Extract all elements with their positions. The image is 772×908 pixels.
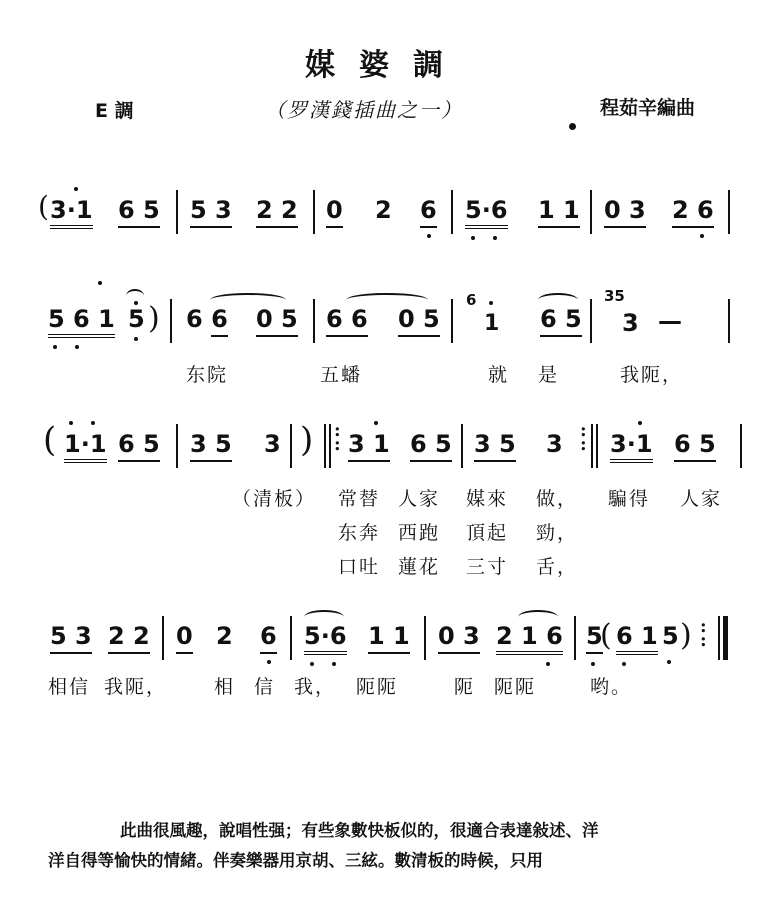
final-barline-thick	[723, 616, 728, 660]
barline	[461, 424, 463, 468]
note: 3	[622, 309, 639, 337]
high-octave-dot	[69, 421, 73, 425]
dash-hold: —	[658, 307, 682, 335]
low-octave-dot	[591, 662, 595, 666]
note-group: 2 2	[108, 622, 150, 654]
note-group: 0 5	[256, 305, 298, 337]
lyric: 勁，	[536, 518, 578, 545]
lyric: 人家	[398, 484, 440, 511]
lyric: 我阨，	[620, 360, 683, 387]
note-group: 5 6 1	[48, 305, 115, 338]
note-group: 3·1	[610, 430, 653, 463]
footnote-line-1: 此曲很風趣，說唱性强；有些象數快板似的，很適合表達敍述、洋	[120, 816, 720, 846]
note-group: 0 3	[604, 196, 646, 228]
low-octave-dot	[310, 662, 314, 666]
lyric: 西跑	[398, 518, 440, 545]
barline	[740, 424, 742, 468]
lyric: 口吐	[338, 552, 380, 579]
note-group: 0 5	[398, 305, 440, 337]
key-signature: E 調	[95, 96, 134, 123]
close-paren: )	[680, 618, 692, 653]
note-group: 3 1	[348, 430, 390, 462]
lyric: 媒來	[466, 484, 508, 511]
low-octave-dot	[667, 660, 671, 664]
note-group: 3 5	[474, 430, 516, 462]
lyric: 五蟠	[320, 360, 362, 387]
low-octave-dot	[134, 337, 138, 341]
note-group: 1 1	[538, 196, 580, 228]
lyric: 就	[488, 360, 509, 387]
note: 2	[216, 622, 233, 650]
high-octave-dot	[638, 421, 642, 425]
note-group: 5 3	[50, 622, 92, 654]
lyric: 常替	[338, 484, 380, 511]
note-group: 5 3	[190, 196, 232, 228]
note-group: 6 5	[540, 305, 582, 337]
note-group: 5·6	[304, 622, 347, 655]
slur	[346, 293, 428, 307]
note: 6	[420, 196, 437, 228]
barline	[590, 299, 592, 343]
barline	[590, 190, 592, 234]
note-group: 2 1 6	[496, 622, 563, 655]
repeat-start-dots: ::	[334, 424, 341, 452]
lyric: 做，	[536, 484, 578, 511]
note: 3	[264, 430, 281, 458]
song-title: 媒婆調	[0, 40, 772, 84]
note-group: 2 6	[672, 196, 714, 228]
note-group: 6 5	[674, 430, 716, 462]
low-octave-dot	[267, 660, 271, 664]
note: 2	[375, 196, 392, 224]
repeat-end-dots: ::	[580, 424, 587, 452]
barline	[290, 424, 292, 468]
lyric: 哟。	[590, 672, 632, 699]
slur	[210, 293, 286, 307]
subtitle: （罗漢錢插曲之一）	[265, 94, 463, 123]
note-group: 6 5	[118, 196, 160, 228]
final-barline	[718, 616, 720, 660]
barline	[313, 299, 315, 343]
lyric: 是	[538, 360, 559, 387]
grace-note: 6	[466, 291, 476, 309]
low-octave-dot	[622, 662, 626, 666]
low-octave-dot	[75, 345, 79, 349]
slur	[538, 293, 578, 307]
note-group: 6 5	[410, 430, 452, 462]
lyric: 蓮花	[398, 552, 440, 579]
lyric: 三寸	[466, 552, 508, 579]
high-octave-dot	[91, 421, 95, 425]
score-line-2: 5 6 1 5 ) 6 6 0 5 6 6 0 5 6 1 6 5 35 3 —	[38, 305, 738, 355]
double-barline	[329, 424, 331, 468]
note: 0	[326, 196, 343, 228]
lyric: 騙得	[608, 484, 650, 511]
lyric: 信	[254, 672, 275, 699]
dot	[134, 301, 138, 305]
barline	[290, 616, 292, 660]
barline	[313, 190, 315, 234]
note: 6	[260, 622, 277, 654]
slur	[304, 610, 344, 624]
note-group: 6 5	[118, 430, 160, 462]
barline	[424, 616, 426, 660]
double-barline	[324, 424, 326, 468]
barline	[451, 299, 453, 343]
close-paren: )	[148, 301, 160, 336]
grace-note: 35	[604, 287, 625, 305]
note-fermata: 5	[128, 305, 145, 333]
note: 1	[484, 311, 499, 336]
open-paren: (	[43, 420, 56, 460]
high-octave-dot	[98, 281, 102, 285]
score-line-4: 5 3 2 2 0 2 6 5·6 1 1 0 3 2 1 6 5 ( 6 1 …	[38, 622, 738, 672]
lyric: 阨阨	[356, 672, 398, 699]
barline	[574, 616, 576, 660]
low-octave-dot	[53, 345, 57, 349]
score-line-3: ( 1·1 6 5 3 5 3 ) :: 3 1 6 5 3 5 3 :: 3·…	[38, 430, 738, 480]
note: 0	[176, 622, 193, 654]
lyric: 东奔	[338, 518, 380, 545]
low-octave-dot	[471, 236, 475, 240]
note-group: 0 3	[438, 622, 480, 654]
repeat-end-dots: ::	[700, 620, 707, 648]
note: 5	[662, 622, 679, 650]
lyric: 东院	[186, 360, 228, 387]
barline	[176, 424, 178, 468]
note: 3	[546, 430, 563, 458]
composer-credit: 程茹辛編曲	[600, 93, 695, 120]
barline	[451, 190, 453, 234]
lyric: 我阨，	[104, 672, 167, 699]
note-group: 6 6	[326, 305, 368, 337]
note-group: 3·1	[50, 196, 93, 229]
low-octave-dot	[332, 662, 336, 666]
high-octave-dot	[489, 301, 493, 305]
note-group: 1 1	[368, 622, 410, 654]
note-group: 5·6	[465, 196, 508, 229]
low-octave-dot	[493, 236, 497, 240]
slur	[518, 610, 558, 624]
low-octave-dot	[700, 234, 704, 238]
double-barline	[596, 424, 598, 468]
note-group: 1·1	[64, 430, 107, 463]
close-paren: )	[300, 420, 313, 460]
note-group: 6 1	[616, 622, 658, 655]
lyric: 頂起	[466, 518, 508, 545]
lyric: 阨	[454, 672, 475, 699]
barline	[170, 299, 172, 343]
barline	[728, 190, 730, 234]
note-group: 6 6	[186, 305, 228, 333]
footnote-line-2: 洋自得等愉快的情緒。伴奏樂器用京胡、三絃。數清板的時候，只用	[48, 846, 748, 876]
barline	[728, 299, 730, 343]
note-group: 3 5	[190, 430, 232, 462]
score-line-1: ( 3·1 6 5 5 3 2 2 0 2 6 5·6 1 1 0 3 2 6	[38, 196, 738, 246]
lyric: 阨阨	[494, 672, 536, 699]
low-octave-dot	[546, 662, 550, 666]
lyric: 我，	[294, 672, 336, 699]
barline	[162, 616, 164, 660]
barline	[176, 190, 178, 234]
lyric: 舌，	[536, 552, 578, 579]
high-octave-dot	[374, 421, 378, 425]
note-group: 2 2	[256, 196, 298, 228]
lyric: 相	[214, 672, 235, 699]
lyric: 相信	[48, 672, 90, 699]
lyric: 人家	[680, 484, 722, 511]
open-paren: (	[38, 190, 49, 223]
open-paren: (	[600, 618, 612, 653]
ink-spot	[569, 123, 576, 130]
double-barline	[591, 424, 593, 468]
tempo-mark: （清板）	[232, 484, 316, 511]
high-octave-dot	[74, 187, 78, 191]
low-octave-dot	[427, 234, 431, 238]
